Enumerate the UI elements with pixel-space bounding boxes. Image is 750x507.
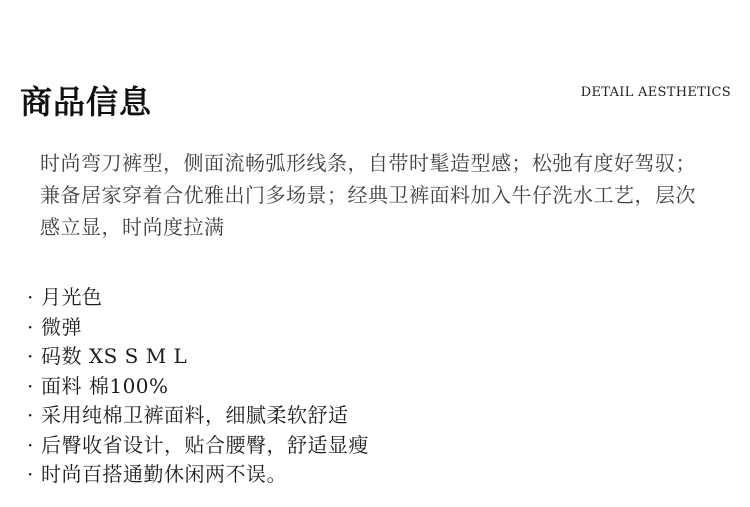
list-item: · 面料 棉100% xyxy=(24,372,369,402)
description-line: 兼备居家穿着合优雅出门多场景；经典卫裤面料加入牛仔洗水工艺，层次 xyxy=(40,179,740,211)
list-item: · 微弹 xyxy=(24,313,369,343)
list-item-text: 面料 棉100% xyxy=(41,372,169,402)
detail-aesthetics-label: DETAIL AESTHETICS xyxy=(581,85,731,100)
list-item: · 码数 XS S M L xyxy=(24,342,369,372)
list-item-text: 微弹 xyxy=(41,313,82,343)
list-item-text: 时尚百搭通勤休闲两不误。 xyxy=(41,460,287,490)
list-item-text: 采用纯棉卫裤面料，细腻柔软舒适 xyxy=(41,401,349,431)
description-line: 感立显，时尚度拉满 xyxy=(40,211,740,243)
bullet-icon: · xyxy=(24,342,41,372)
description-line: 时尚弯刀裤型，侧面流畅弧形线条，自带时髦造型感；松弛有度好驾驭； xyxy=(40,147,740,179)
page-title: 商品信息 xyxy=(20,82,152,122)
list-item: · 时尚百搭通勤休闲两不误。 xyxy=(24,460,369,490)
product-description: 时尚弯刀裤型，侧面流畅弧形线条，自带时髦造型感；松弛有度好驾驭； 兼备居家穿着合… xyxy=(40,147,740,243)
bullet-icon: · xyxy=(24,401,41,431)
bullet-icon: · xyxy=(24,431,41,461)
bullet-icon: · xyxy=(24,460,41,490)
list-item-text: 后臀收省设计，贴合腰臀，舒适显瘦 xyxy=(41,431,369,461)
list-item: · 月光色 xyxy=(24,283,369,313)
bullet-icon: · xyxy=(24,372,41,402)
list-item-text: 月光色 xyxy=(41,283,103,313)
list-item: · 后臀收省设计，贴合腰臀，舒适显瘦 xyxy=(24,431,369,461)
bullet-icon: · xyxy=(24,283,41,313)
list-item-text: 码数 XS S M L xyxy=(41,342,187,372)
details-list: · 月光色 · 微弹 · 码数 XS S M L · 面料 棉100% · 采用… xyxy=(24,283,369,490)
list-item: · 采用纯棉卫裤面料，细腻柔软舒适 xyxy=(24,401,369,431)
bullet-icon: · xyxy=(24,313,41,343)
